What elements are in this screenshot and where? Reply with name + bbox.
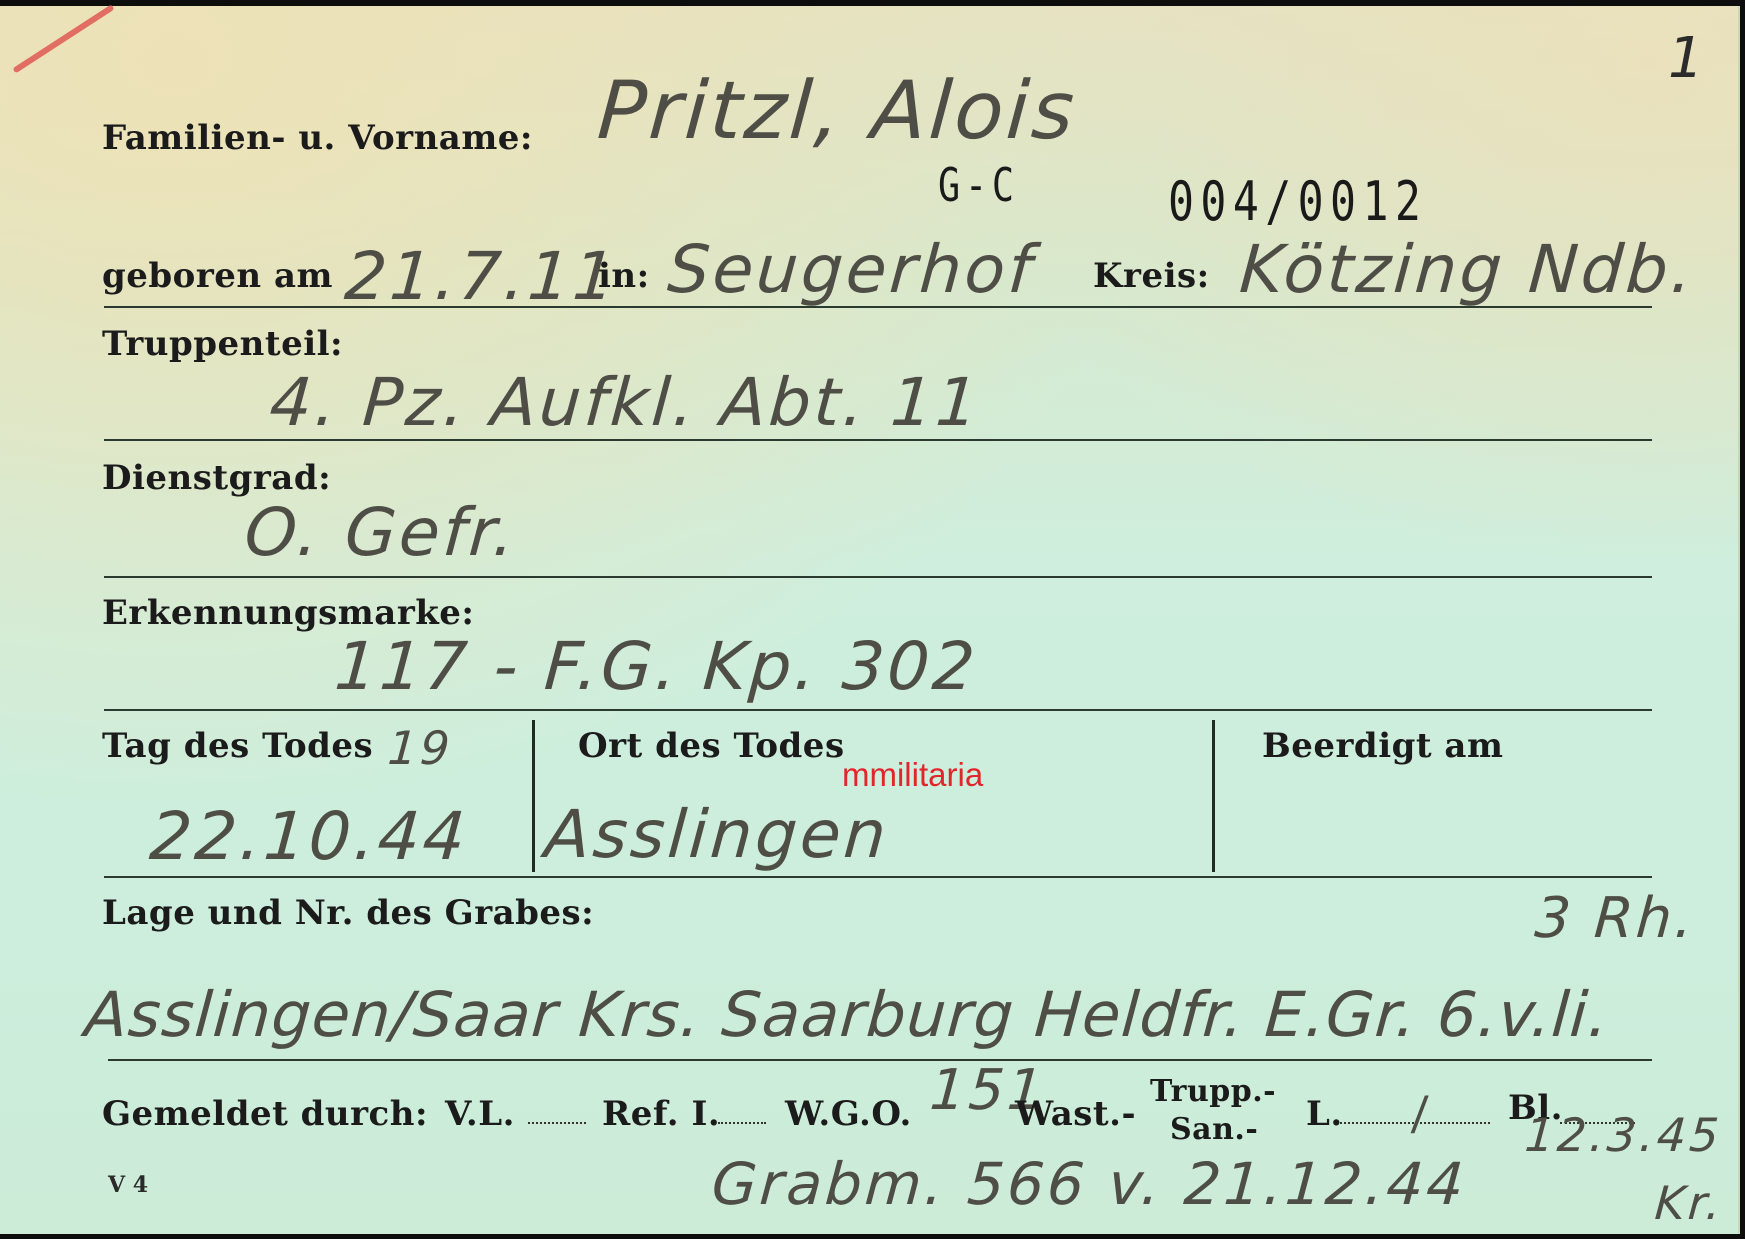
reported-vl-label: V.L. [445,1094,515,1134]
reported-ref-label: Ref. I. [602,1094,720,1134]
death-place-value: Asslingen [542,796,891,873]
reported-l-label: L. [1306,1094,1343,1134]
buried-on-label: Beerdigt am [1262,726,1503,766]
initials: Kr. [1653,1176,1725,1230]
page-number: 1 [1668,26,1704,91]
id-tag-value: 117 - F.G. Kp. 302 [332,628,980,705]
reported-l-value: / [1410,1086,1432,1140]
name-value: Pritzl, Alois [595,64,1080,157]
rule-death [104,876,1652,878]
reported-wast-label: Wast.- [1015,1094,1136,1134]
rule-rank [104,576,1652,578]
rule-birth [104,306,1652,308]
reported-san-label: San.- [1170,1112,1258,1147]
divider-1 [532,720,535,872]
red-pencil-mark [12,4,114,73]
death-date-century: 19 [386,721,454,775]
grave-value: Asslingen/Saar Krs. Saarburg Heldfr. E.G… [82,978,1611,1051]
unit-value: 4. Pz. Aufkl. Abt. 11 [267,364,983,441]
rule-grave [108,1059,1652,1061]
reported-vl-dots [528,1122,586,1124]
divider-2 [1212,720,1215,872]
rule-id-tag [104,709,1652,711]
reported-ref-dots [718,1122,766,1124]
id-tag-label: Erkennungsmarke: [102,593,474,633]
reported-trupp-label: Trupp.- [1150,1074,1276,1109]
rank-value: O. Gefr. [242,494,520,571]
watermark: mmilitaria [842,756,983,794]
death-date-label: Tag des Todes [102,726,373,766]
grave-label: Lage und Nr. des Grabes: [102,893,594,933]
unit-label: Truppenteil: [102,324,343,364]
reported-bl-value: 12.3.45 [1523,1108,1723,1162]
form-code: V 4 [108,1172,148,1198]
born-on-value: 21.7.11 [342,238,620,315]
name-label: Familien- u. Vorname: [102,118,533,158]
reported-by-label: Gemeldet durch: [102,1094,428,1134]
rule-unit [104,439,1652,441]
grave-marker-note: Grabm. 566 v. 21.12.44 [710,1150,1469,1218]
district-value: Kötzing Ndb. [1237,231,1697,308]
grave-row-note: 3 Rh. [1533,886,1698,951]
born-on-label: geboren am [102,256,333,296]
reported-wgo-label: W.G.O. [785,1094,912,1134]
born-in-value: Seugerhof [665,231,1037,308]
grave-registration-card: 1 Familien- u. Vorname: Pritzl, Alois G-… [0,6,1740,1234]
district-label: Kreis: [1093,256,1210,296]
death-place-label: Ort des Todes [578,726,845,766]
death-date-value: 22.10.44 [147,798,470,875]
file-number-stamp: 004/0012 [1168,170,1427,233]
group-stamp: G-C [938,158,1019,212]
born-in-label: in: [598,256,650,296]
rank-label: Dienstgrad: [102,458,331,498]
